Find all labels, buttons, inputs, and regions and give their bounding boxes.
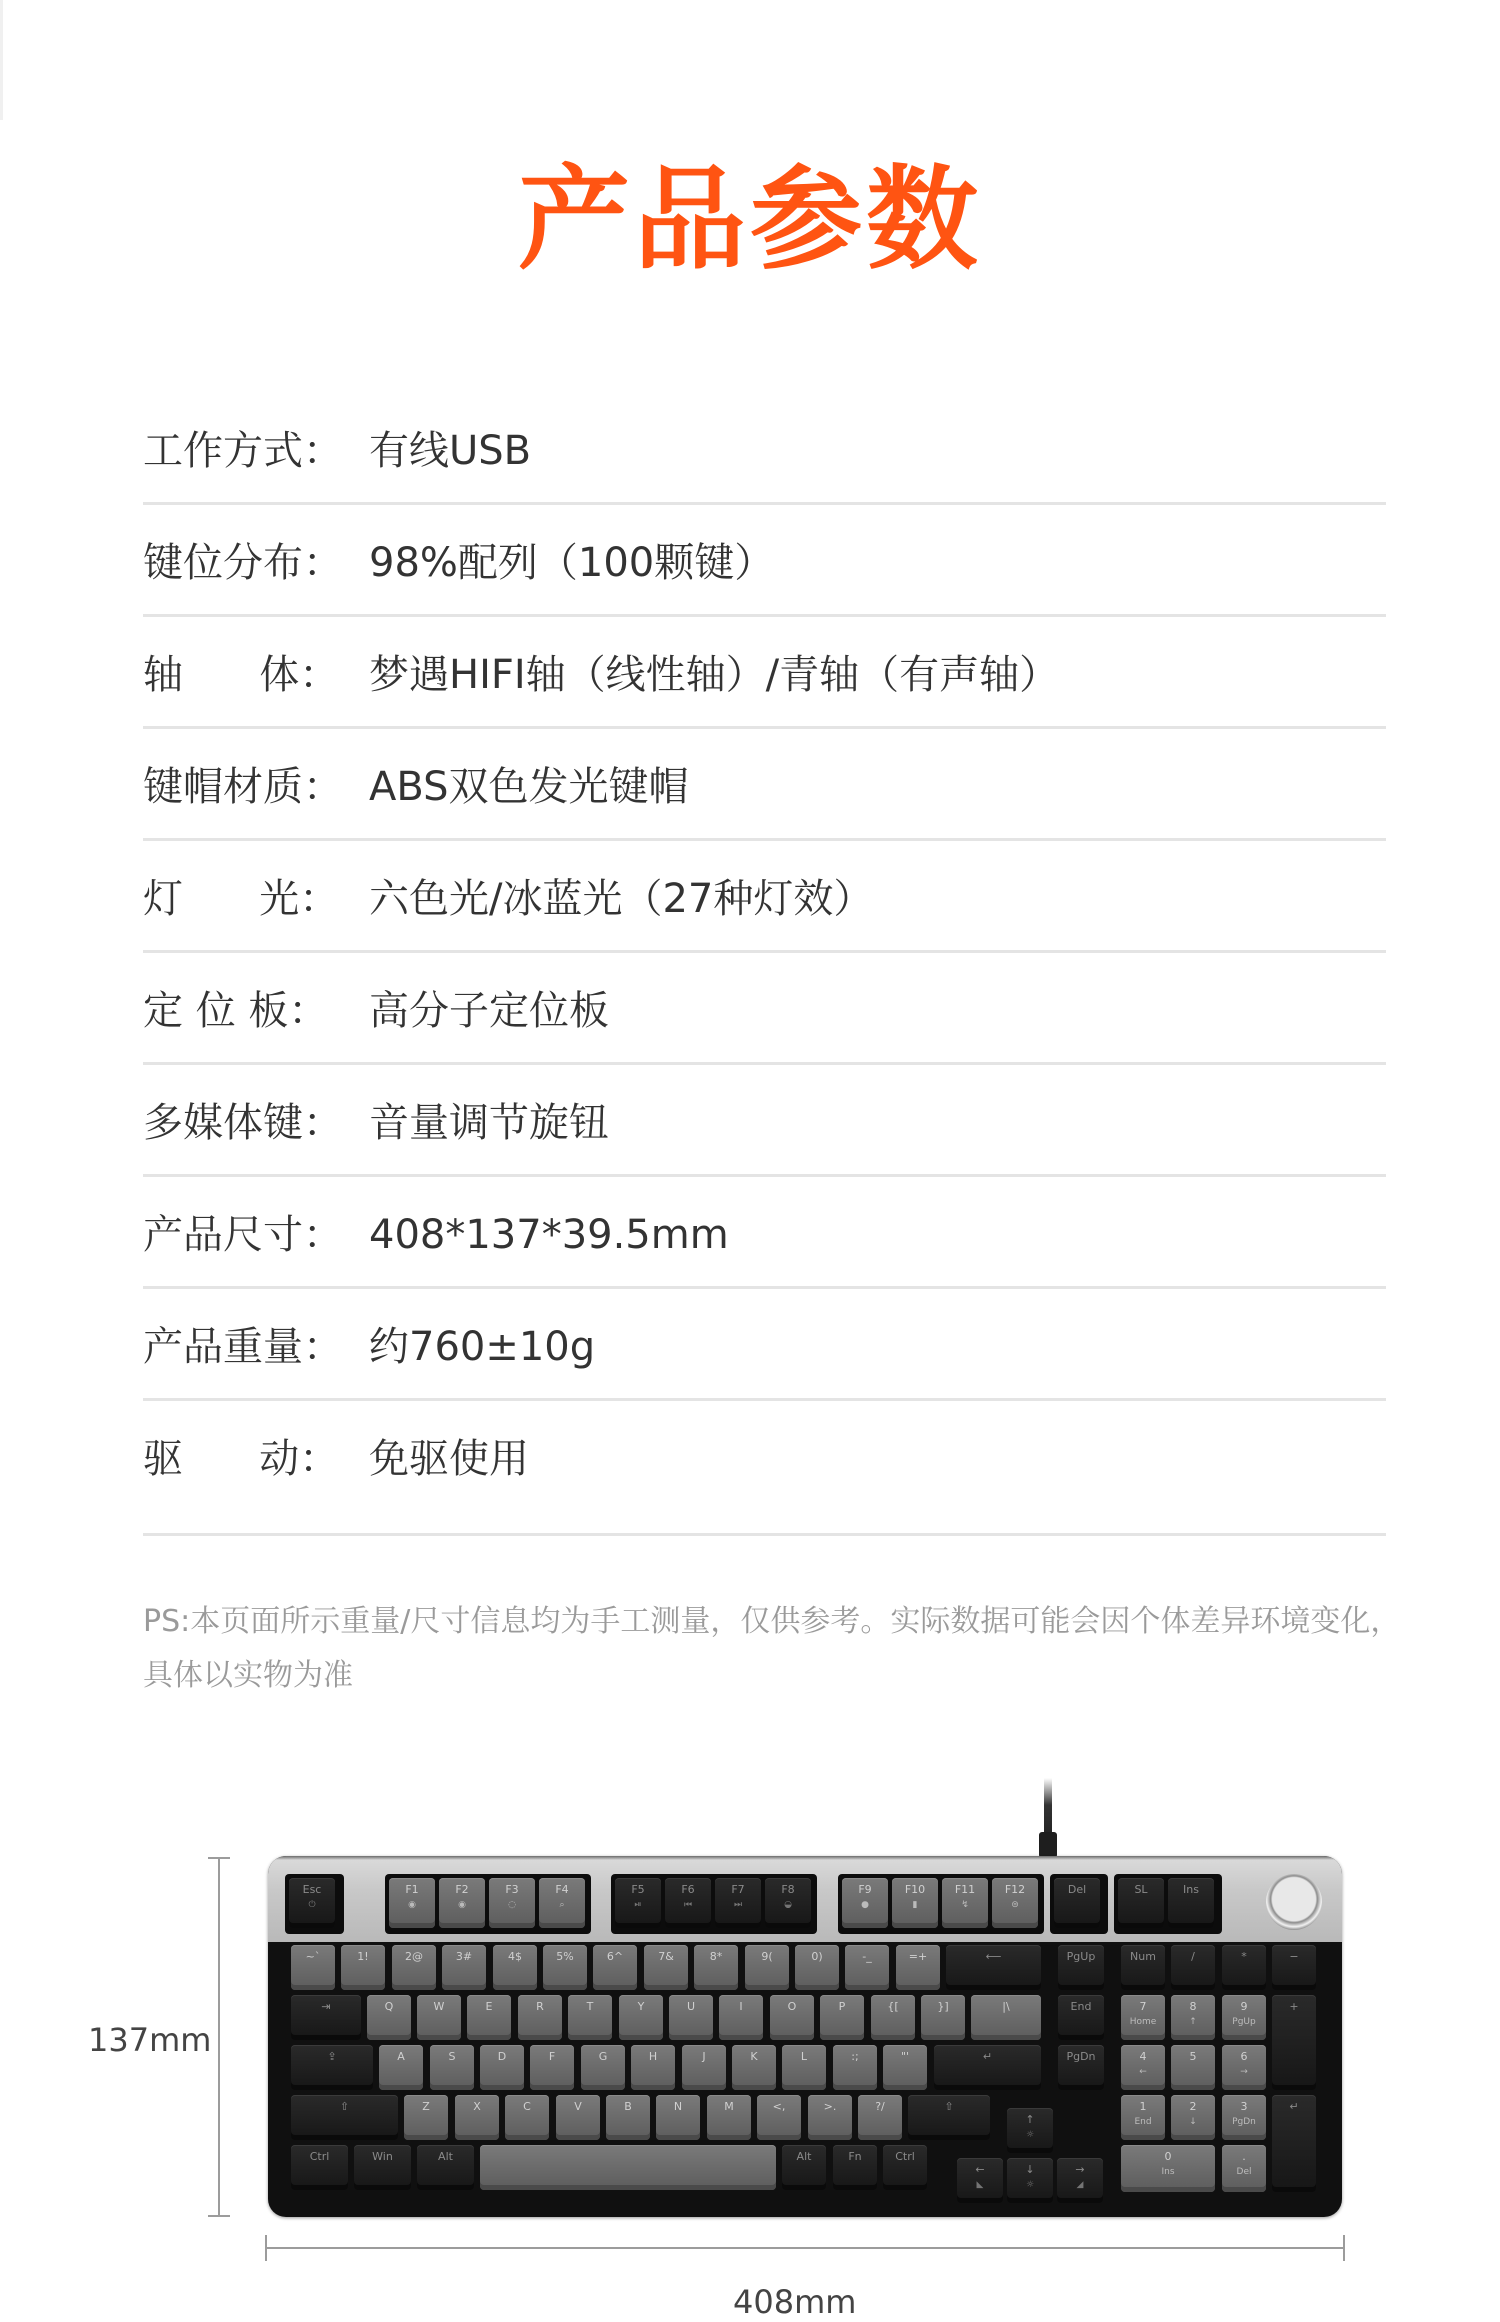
key-legend: A: [397, 2050, 405, 2063]
keycap: /: [1171, 1945, 1215, 1990]
keycap: 7&: [644, 1945, 688, 1990]
key-legend: >.: [824, 2100, 837, 2113]
key-legend: E: [486, 2000, 493, 2013]
keycap: 6^: [593, 1945, 637, 1990]
keycap: Y: [619, 1995, 663, 2040]
key-legend: Alt: [438, 2150, 453, 2163]
spec-label: 灯 光：: [143, 871, 368, 927]
key-legend: 4$: [508, 1950, 522, 1963]
key-legend: ⇧: [340, 2100, 349, 2113]
key-legend: H: [649, 2050, 657, 2063]
height-dimension-line: [218, 1857, 220, 2217]
keycap: 4←: [1121, 2045, 1165, 2090]
keycap: 4$: [493, 1945, 537, 1990]
key-sub-legend: ◣: [957, 2180, 1003, 2191]
spec-row-weight: 产品重量： 约760±10g: [143, 1289, 1386, 1401]
keycap: ↵: [1272, 2095, 1316, 2192]
key-sub-legend: PgDn: [1222, 2117, 1266, 2128]
key-legend: ~`: [306, 1950, 321, 1963]
key-legend: L: [801, 2050, 807, 2063]
keycap: 0): [795, 1945, 839, 1990]
keycap: Esc⏻: [289, 1878, 335, 1928]
key-sub-legend: ◉: [389, 1900, 435, 1911]
key-legend: B: [624, 2100, 632, 2113]
spec-label: 产品重量：: [143, 1319, 368, 1375]
key-sub-legend: ◒: [765, 1900, 811, 1911]
key-legend: Del: [1068, 1883, 1086, 1896]
key-legend: 0: [1165, 2150, 1172, 2163]
key-sub-legend: ▮: [892, 1900, 938, 1911]
key-legend: F4: [555, 1883, 568, 1896]
keycap: F6⏮: [665, 1878, 711, 1928]
keycap: F4⌕: [539, 1878, 585, 1928]
key-legend: <,: [773, 2100, 786, 2113]
key-legend: −: [1289, 1950, 1298, 1963]
keycap: ~`: [291, 1945, 335, 1990]
key-legend: ⇧: [944, 2100, 953, 2113]
spec-row-lighting: 灯 光： 六色光/冰蓝光（27种灯效）: [143, 841, 1386, 953]
page-title: 产品参数: [0, 150, 1500, 290]
key-sub-legend: Ins: [1121, 2167, 1215, 2178]
key-legend: F6: [681, 1883, 694, 1896]
keycap: F8◒: [765, 1878, 811, 1928]
keycap: ⟵: [946, 1945, 1041, 1990]
key-legend: :;: [851, 2050, 858, 2063]
key-sub-legend: End: [1121, 2117, 1165, 2128]
spec-row-keycap: 键帽材质： ABS双色发光键帽: [143, 729, 1386, 841]
key-sub-legend: ☼: [1007, 2180, 1053, 2191]
keycap: +: [1272, 1995, 1316, 2090]
keycap: ⇧: [908, 2095, 990, 2140]
keycap: Ctrl: [291, 2145, 348, 2190]
key-legend: N: [674, 2100, 682, 2113]
key-legend: "': [901, 2050, 909, 2063]
key-legend: 9(: [761, 1950, 772, 1963]
keycap: {[: [871, 1995, 915, 2040]
keycap: 0Ins: [1121, 2145, 1215, 2192]
spec-value: 音量调节旋钮: [369, 1095, 609, 1151]
keycap: I: [719, 1995, 763, 2040]
spec-value: 408*137*39.5mm: [369, 1207, 729, 1263]
keycap: →◢: [1057, 2158, 1103, 2203]
keycap: :;: [833, 2045, 877, 2090]
keycap: Z: [404, 2095, 448, 2140]
usb-cable: [1044, 1778, 1052, 1838]
key-legend: F9: [858, 1883, 871, 1896]
key-legend: }]: [937, 2000, 948, 2013]
keycap: L: [782, 2045, 826, 2090]
volume-knob-icon: [1266, 1874, 1322, 1930]
key-legend: Alt: [797, 2150, 812, 2163]
key-sub-legend: →: [1222, 2067, 1266, 2078]
key-legend: +: [1289, 2000, 1298, 2013]
key-sub-legend: ⏯: [615, 1900, 661, 1911]
key-sub-legend: ↑: [1171, 2017, 1215, 2028]
keycap: }]: [921, 1995, 965, 2040]
keycap: Fn: [833, 2145, 877, 2190]
key-legend: D: [498, 2050, 506, 2063]
spec-label: 工作方式：: [143, 423, 368, 479]
key-legend: G: [599, 2050, 608, 2063]
keycap: ↓☼: [1007, 2158, 1053, 2203]
key-legend: 6^: [607, 1950, 623, 1963]
key-legend: ⇪: [327, 2050, 336, 2063]
keycap: ?/: [858, 2095, 902, 2140]
spec-value: 梦遇HIFI轴（线性轴）/青轴（有声轴）: [369, 647, 1059, 703]
keycap: E: [467, 1995, 511, 2040]
keycap: 9PgUp: [1222, 1995, 1266, 2040]
spec-label: 驱 动：: [143, 1431, 368, 1487]
keyboard-image: Esc⏻F1◉F2◉F3◌F4⌕F5⏯F6⏮F7⏭F8◒F9●F10▮F11↯F…: [268, 1856, 1342, 2217]
key-legend: 1: [1140, 2100, 1147, 2113]
spec-value: 98%配列（100颗键）: [369, 535, 774, 591]
width-dimension-line: [265, 2247, 1345, 2249]
key-sub-legend: ◉: [439, 1900, 485, 1911]
key-legend: 0): [811, 1950, 822, 1963]
key-legend: Num: [1130, 1950, 1156, 1963]
keycap: F5⏯: [615, 1878, 661, 1928]
keycap: SL: [1118, 1878, 1164, 1928]
key-legend: 2@: [405, 1950, 423, 1963]
key-legend: P: [839, 2000, 846, 2013]
key-legend: F5: [631, 1883, 644, 1896]
keycap: 8↑: [1171, 1995, 1215, 2040]
key-legend: ↵: [1289, 2100, 1298, 2113]
key-legend: 6: [1241, 2050, 1248, 2063]
key-legend: 7: [1140, 2000, 1147, 2013]
spec-label: 键位分布：: [143, 535, 368, 591]
key-sub-legend: Home: [1121, 2017, 1165, 2028]
keycap: >.: [808, 2095, 852, 2140]
keycap: 7Home: [1121, 1995, 1165, 2040]
key-legend: U: [687, 2000, 695, 2013]
key-legend: ↵: [983, 2050, 992, 2063]
key-legend: 4: [1140, 2050, 1147, 2063]
keycap: -_: [845, 1945, 889, 1990]
key-legend: 8*: [710, 1950, 723, 1963]
keycap: ←◣: [957, 2158, 1003, 2203]
key-legend: W: [434, 2000, 445, 2013]
key-legend: F12: [1005, 1883, 1025, 1896]
spacebar: [480, 2145, 776, 2190]
keycap: F2◉: [439, 1878, 485, 1928]
spec-value: 有线USB: [369, 423, 531, 479]
spec-label: 多媒体键：: [143, 1095, 368, 1151]
key-legend: PgDn: [1066, 2050, 1095, 2063]
keycap: 5%: [543, 1945, 587, 1990]
keycap: 8*: [694, 1945, 738, 1990]
keycap: Alt: [782, 2145, 826, 2190]
keycap: ⇪: [291, 2045, 373, 2090]
key-legend: Ctrl: [895, 2150, 915, 2163]
keycap: *: [1222, 1945, 1266, 1990]
key-legend: Z: [422, 2100, 430, 2113]
keycap: D: [480, 2045, 524, 2090]
key-legend: F8: [781, 1883, 794, 1896]
key-legend: 3: [1241, 2100, 1248, 2113]
spec-row-size: 产品尺寸： 408*137*39.5mm: [143, 1177, 1386, 1289]
keycap: ⇥: [291, 1995, 361, 2040]
keycap: F7⏭: [715, 1878, 761, 1928]
key-legend: =+: [909, 1950, 927, 1963]
height-dimension-label: 137mm: [88, 2020, 211, 2060]
key-legend: J: [702, 2050, 705, 2063]
key-sub-legend: ⏻: [289, 1900, 335, 1911]
key-legend: ?/: [875, 2100, 885, 2113]
key-legend: R: [536, 2000, 544, 2013]
keycap: 5: [1171, 2045, 1215, 2090]
keycap: |\: [971, 1995, 1041, 2040]
key-legend: PgUp: [1067, 1950, 1096, 1963]
keycap: A: [379, 2045, 423, 2090]
keycap: F10▮: [892, 1878, 938, 1928]
key-legend: /: [1191, 1950, 1195, 1963]
key-legend: →: [1075, 2163, 1084, 2176]
keycap: T: [568, 1995, 612, 2040]
keycap: F: [530, 2045, 574, 2090]
spec-label: 键帽材质：: [143, 759, 368, 815]
keycap: P: [820, 1995, 864, 2040]
key-legend: I: [739, 2000, 742, 2013]
keycap: F9●: [842, 1878, 888, 1928]
keycap: Del: [1054, 1878, 1100, 1928]
keycap: ⇧: [291, 2095, 398, 2140]
key-legend: K: [750, 2050, 757, 2063]
keycap: 6→: [1222, 2045, 1266, 2090]
key-legend: -_: [862, 1950, 871, 1963]
spec-value: 约760±10g: [369, 1319, 595, 1375]
key-legend: Win: [372, 2150, 393, 2163]
keycap: Ins: [1168, 1878, 1214, 1928]
spec-list: 工作方式： 有线USB 键位分布： 98%配列（100颗键） 轴 体： 梦遇HI…: [143, 393, 1386, 1536]
key-legend: F7: [731, 1883, 744, 1896]
key-sub-legend: ☼: [1007, 2130, 1053, 2141]
key-sub-legend: ←: [1121, 2067, 1165, 2078]
key-legend: ⇥: [321, 2000, 330, 2013]
keycap: G: [581, 2045, 625, 2090]
spec-row-plate: 定 位 板： 高分子定位板: [143, 953, 1386, 1065]
key-legend: {[: [887, 2000, 898, 2013]
key-legend: ⟵: [986, 1950, 1002, 1963]
keycap: 1!: [341, 1945, 385, 1990]
keycap: C: [505, 2095, 549, 2140]
key-legend: Esc: [303, 1883, 322, 1896]
keycap: .Del: [1222, 2145, 1266, 2192]
keycap: K: [732, 2045, 776, 2090]
keycap: ↑☼: [1007, 2108, 1053, 2153]
key-legend: 2: [1190, 2100, 1197, 2113]
keycap: Num: [1121, 1945, 1165, 1990]
keycap: V: [556, 2095, 600, 2140]
width-dimension-label: 408mm: [733, 2282, 856, 2322]
key-legend: 3#: [456, 1950, 472, 1963]
key-legend: |\: [1002, 2000, 1009, 2013]
key-legend: V: [574, 2100, 582, 2113]
key-legend: SL: [1134, 1883, 1147, 1896]
keycap: Ctrl: [883, 2145, 927, 2190]
keycap: M: [707, 2095, 751, 2140]
key-legend: F: [549, 2050, 555, 2063]
key-legend: ↓: [1025, 2163, 1034, 2176]
keycap: H: [631, 2045, 675, 2090]
spec-row-driver: 驱 动： 免驱使用: [143, 1401, 1386, 1536]
key-legend: Ins: [1183, 1883, 1199, 1896]
key-sub-legend: Del: [1222, 2167, 1266, 2178]
keycap: F1◉: [389, 1878, 435, 1928]
page-edge: [0, 0, 3, 120]
spec-value: ABS双色发光键帽: [369, 759, 689, 815]
key-sub-legend: ◌: [489, 1900, 535, 1911]
keycap: <,: [757, 2095, 801, 2140]
key-legend: ←: [975, 2163, 984, 2176]
key-legend: C: [523, 2100, 531, 2113]
key-sub-legend: ⏮: [665, 1900, 711, 1911]
spec-value: 六色光/冰蓝光（27种灯效）: [369, 871, 873, 927]
key-sub-legend: ↓: [1171, 2117, 1215, 2128]
key-legend: Y: [638, 2000, 645, 2013]
key-legend: F1: [405, 1883, 418, 1896]
spec-row-switch: 轴 体： 梦遇HIFI轴（线性轴）/青轴（有声轴）: [143, 617, 1386, 729]
keycap: ↵: [934, 2045, 1041, 2090]
keycap: 3PgDn: [1222, 2095, 1266, 2140]
key-legend: *: [1241, 1950, 1247, 1963]
key-legend: 9: [1241, 2000, 1248, 2013]
key-legend: 7&: [658, 1950, 674, 1963]
keycap: 9(: [745, 1945, 789, 1990]
spec-row-multimedia: 多媒体键： 音量调节旋钮: [143, 1065, 1386, 1177]
key-sub-legend: PgUp: [1222, 2017, 1266, 2028]
keycap: F3◌: [489, 1878, 535, 1928]
keycap: −: [1272, 1945, 1316, 1990]
keycap: F12⊜: [992, 1878, 1038, 1928]
keycap: O: [770, 1995, 814, 2040]
keycap: Q: [367, 1995, 411, 2040]
keycap: End: [1058, 1995, 1104, 2040]
key-legend: ↑: [1025, 2113, 1034, 2126]
keycap: Win: [354, 2145, 411, 2190]
key-legend: End: [1071, 2000, 1092, 2013]
keycap: 3#: [442, 1945, 486, 1990]
keycap: "': [883, 2045, 927, 2090]
spec-row-layout: 键位分布： 98%配列（100颗键）: [143, 505, 1386, 617]
key-legend: X: [473, 2100, 481, 2113]
key-legend: S: [449, 2050, 456, 2063]
keycap: 2↓: [1171, 2095, 1215, 2140]
key-legend: 8: [1190, 2000, 1197, 2013]
key-sub-legend: ↯: [942, 1900, 988, 1911]
keycap: F11↯: [942, 1878, 988, 1928]
spec-label: 轴 体：: [143, 647, 368, 703]
key-sub-legend: ●: [842, 1900, 888, 1911]
keycap: S: [430, 2045, 474, 2090]
spec-value: 高分子定位板: [369, 983, 609, 1039]
spec-row-connection: 工作方式： 有线USB: [143, 393, 1386, 505]
keycap: N: [656, 2095, 700, 2140]
key-legend: T: [587, 2000, 594, 2013]
spec-value: 免驱使用: [369, 1431, 529, 1487]
spec-label: 产品尺寸：: [143, 1207, 368, 1263]
key-legend: Q: [385, 2000, 394, 2013]
keycap: 2@: [392, 1945, 436, 1990]
key-legend: 5%: [556, 1950, 573, 1963]
key-legend: F11: [955, 1883, 975, 1896]
cable-strain-relief: [1039, 1832, 1057, 1858]
key-legend: 5: [1190, 2050, 1197, 2063]
key-legend: .: [1242, 2150, 1246, 2163]
keycap: Alt: [417, 2145, 474, 2190]
keycap: W: [417, 1995, 461, 2040]
keycap: PgUp: [1058, 1945, 1104, 1990]
keycap: J: [682, 2045, 726, 2090]
spec-label: 定 位 板：: [143, 983, 368, 1039]
key-legend: F3: [505, 1883, 518, 1896]
key-sub-legend: ⌕: [539, 1900, 585, 1911]
disclaimer-note: PS:本页面所示重量/尺寸信息均为手工测量，仅供参考。实际数据可能会因个体差异环…: [143, 1595, 1413, 1703]
key-legend: O: [788, 2000, 797, 2013]
key-legend: Fn: [848, 2150, 861, 2163]
keycap: R: [518, 1995, 562, 2040]
keycap: =+: [896, 1945, 940, 1990]
key-legend: F10: [905, 1883, 925, 1896]
key-sub-legend: ⏭: [715, 1900, 761, 1911]
key-sub-legend: ⊜: [992, 1900, 1038, 1911]
key-legend: M: [724, 2100, 734, 2113]
key-legend: F2: [455, 1883, 468, 1896]
keycap: X: [455, 2095, 499, 2140]
keycap: B: [606, 2095, 650, 2140]
key-legend: 1!: [357, 1950, 368, 1963]
key-legend: Ctrl: [310, 2150, 330, 2163]
key-sub-legend: ◢: [1057, 2180, 1103, 2191]
keycap: U: [669, 1995, 713, 2040]
keycap: PgDn: [1058, 2045, 1104, 2090]
keycap: 1End: [1121, 2095, 1165, 2140]
